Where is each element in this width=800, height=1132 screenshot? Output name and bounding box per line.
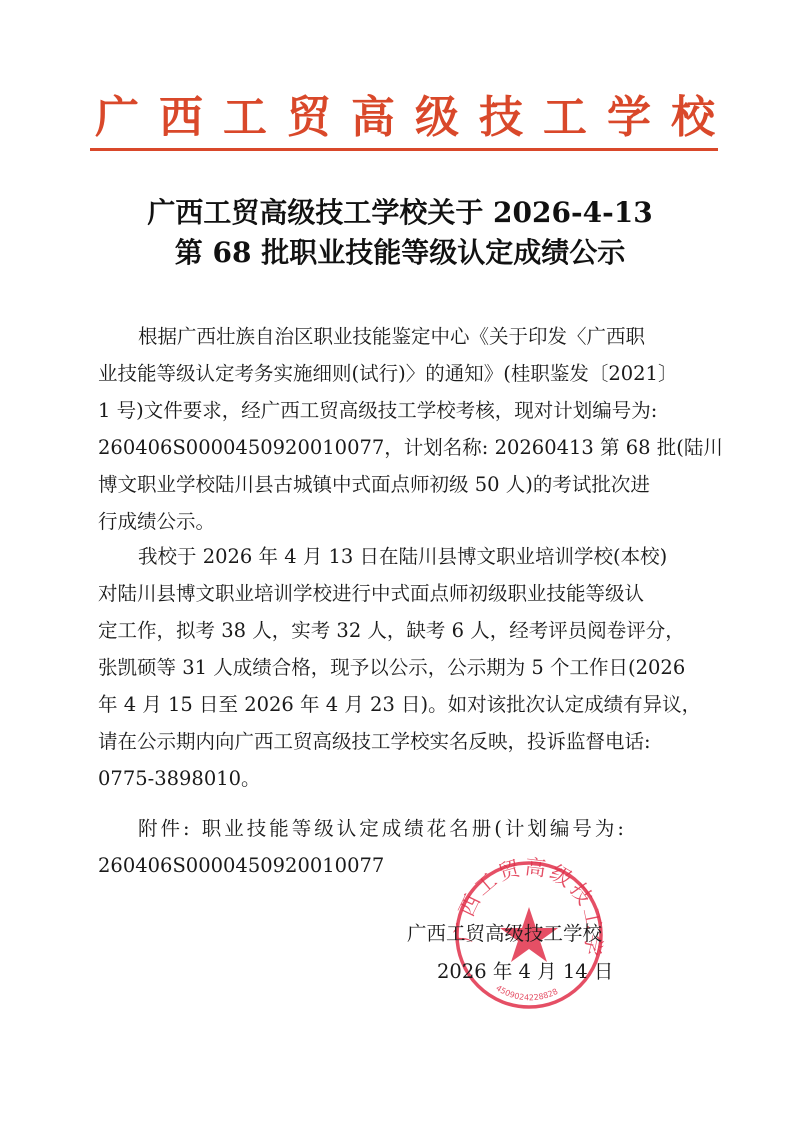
text-line: 根据广西壮族自治区职业技能鉴定中心《关于印发〈广西职 [98, 318, 698, 355]
text-line: 260406S0000450920010077，计划名称: 20260413 第… [98, 429, 698, 466]
masthead-char: 西 [159, 96, 203, 140]
text-line: 1 号)文件要求，经广西工贸高级技工学校考核，现对计划编号为: [98, 392, 698, 429]
attachment-line: 附件: 职业技能等级认定成绩花名册(计划编号为: [98, 810, 698, 847]
masthead: 广 西 工 贸 高 级 技 工 学 校 [95, 92, 715, 144]
masthead-char: 校 [671, 96, 715, 140]
paragraph-2: 我校于 2026 年 4 月 13 日在陆川县博文职业培训学校(本校) 对陆川县… [98, 538, 698, 797]
paragraph-1: 根据广西壮族自治区职业技能鉴定中心《关于印发〈广西职 业技能等级认定考务实施细则… [98, 318, 698, 540]
text-line: 请在公示期内向广西工贸高级技工学校实名反映，投诉监督电话: [98, 723, 698, 760]
masthead-char: 广 [95, 96, 139, 140]
masthead-divider [90, 148, 718, 151]
masthead-char: 学 [607, 96, 651, 140]
document-title-line-2: 第 68 批职业技能等级认定成绩公示 [0, 231, 800, 271]
svg-text:4509024228828: 4509024228828 [494, 984, 559, 1003]
text-line: 对陆川县博文职业培训学校进行中式面点师初级职业技能等级认 [98, 575, 698, 612]
text-line: 定工作，拟考 38 人，实考 32 人，缺考 6 人，经考评员阅卷评分， [98, 612, 698, 649]
masthead-char: 技 [479, 96, 523, 140]
document-title-line-1: 广西工贸高级技工学校关于 2026-4-13 [0, 191, 800, 231]
masthead-char: 高 [351, 96, 395, 140]
masthead-char: 工 [223, 96, 267, 140]
text-line: 0775-3898010。 [98, 760, 698, 797]
text-line: 博文职业学校陆川县古城镇中式面点师初级 50 人)的考试批次进 [98, 466, 698, 503]
text-line: 年 4 月 15 日至 2026 年 4 月 23 日)。如对该批次认定成绩有异… [98, 686, 698, 723]
text-line: 我校于 2026 年 4 月 13 日在陆川县博文职业培训学校(本校) [98, 538, 698, 575]
signature-organization: 广西工贸高级技工学校 [407, 918, 602, 946]
attachment-note: 附件: 职业技能等级认定成绩花名册(计划编号为: 260406S00004509… [98, 810, 698, 884]
masthead-char: 贸 [287, 96, 331, 140]
masthead-char: 工 [543, 96, 587, 140]
text-line: 业技能等级认定考务实施细则(试行)〉的通知》(桂职鉴发〔2021〕 [98, 355, 698, 392]
signature-date: 2026 年 4 月 14 日 [437, 956, 613, 984]
masthead-char: 级 [415, 96, 459, 140]
text-line: 行成绩公示。 [98, 503, 698, 540]
attachment-plan-number: 260406S0000450920010077 [98, 847, 698, 884]
text-line: 张凯硕等 31 人成绩合格，现予以公示，公示期为 5 个工作日(2026 [98, 649, 698, 686]
